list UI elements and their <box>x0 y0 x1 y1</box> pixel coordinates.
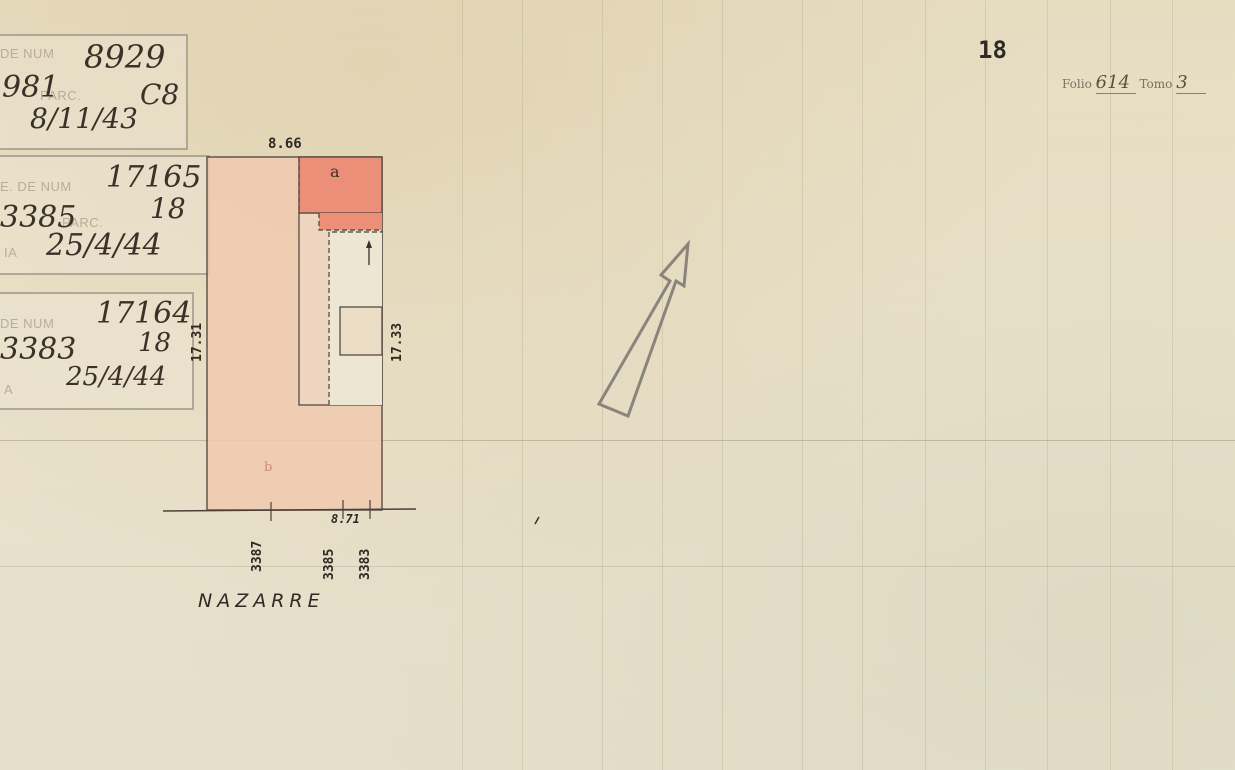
street-name: NAZARRE <box>198 590 325 612</box>
lot-number-3383: 3383 <box>358 549 373 580</box>
top-dimension: 8.66 <box>268 136 302 152</box>
lot-number-3385: 3385 <box>322 549 337 580</box>
folio-value: 614 <box>1096 72 1136 94</box>
lot-number-3387: 3387 <box>250 541 265 572</box>
area-marker-b: b <box>264 460 272 475</box>
left-dimension: 17.31 <box>190 323 205 362</box>
page-number: 18 <box>978 36 1007 64</box>
north-arrow-icon <box>599 244 688 416</box>
right-dimension: 17.33 <box>390 323 405 362</box>
bottom-dimension: 8.71 <box>331 512 360 526</box>
tomo-value: 3 <box>1176 72 1206 94</box>
plot-plan-drawing <box>0 0 1235 770</box>
tomo-label: Tomo <box>1139 77 1172 91</box>
folio-line: Folio 614 Tomo 3 <box>1062 72 1206 94</box>
folio-label: Folio <box>1062 77 1092 91</box>
area-marker-a: a <box>330 162 340 181</box>
